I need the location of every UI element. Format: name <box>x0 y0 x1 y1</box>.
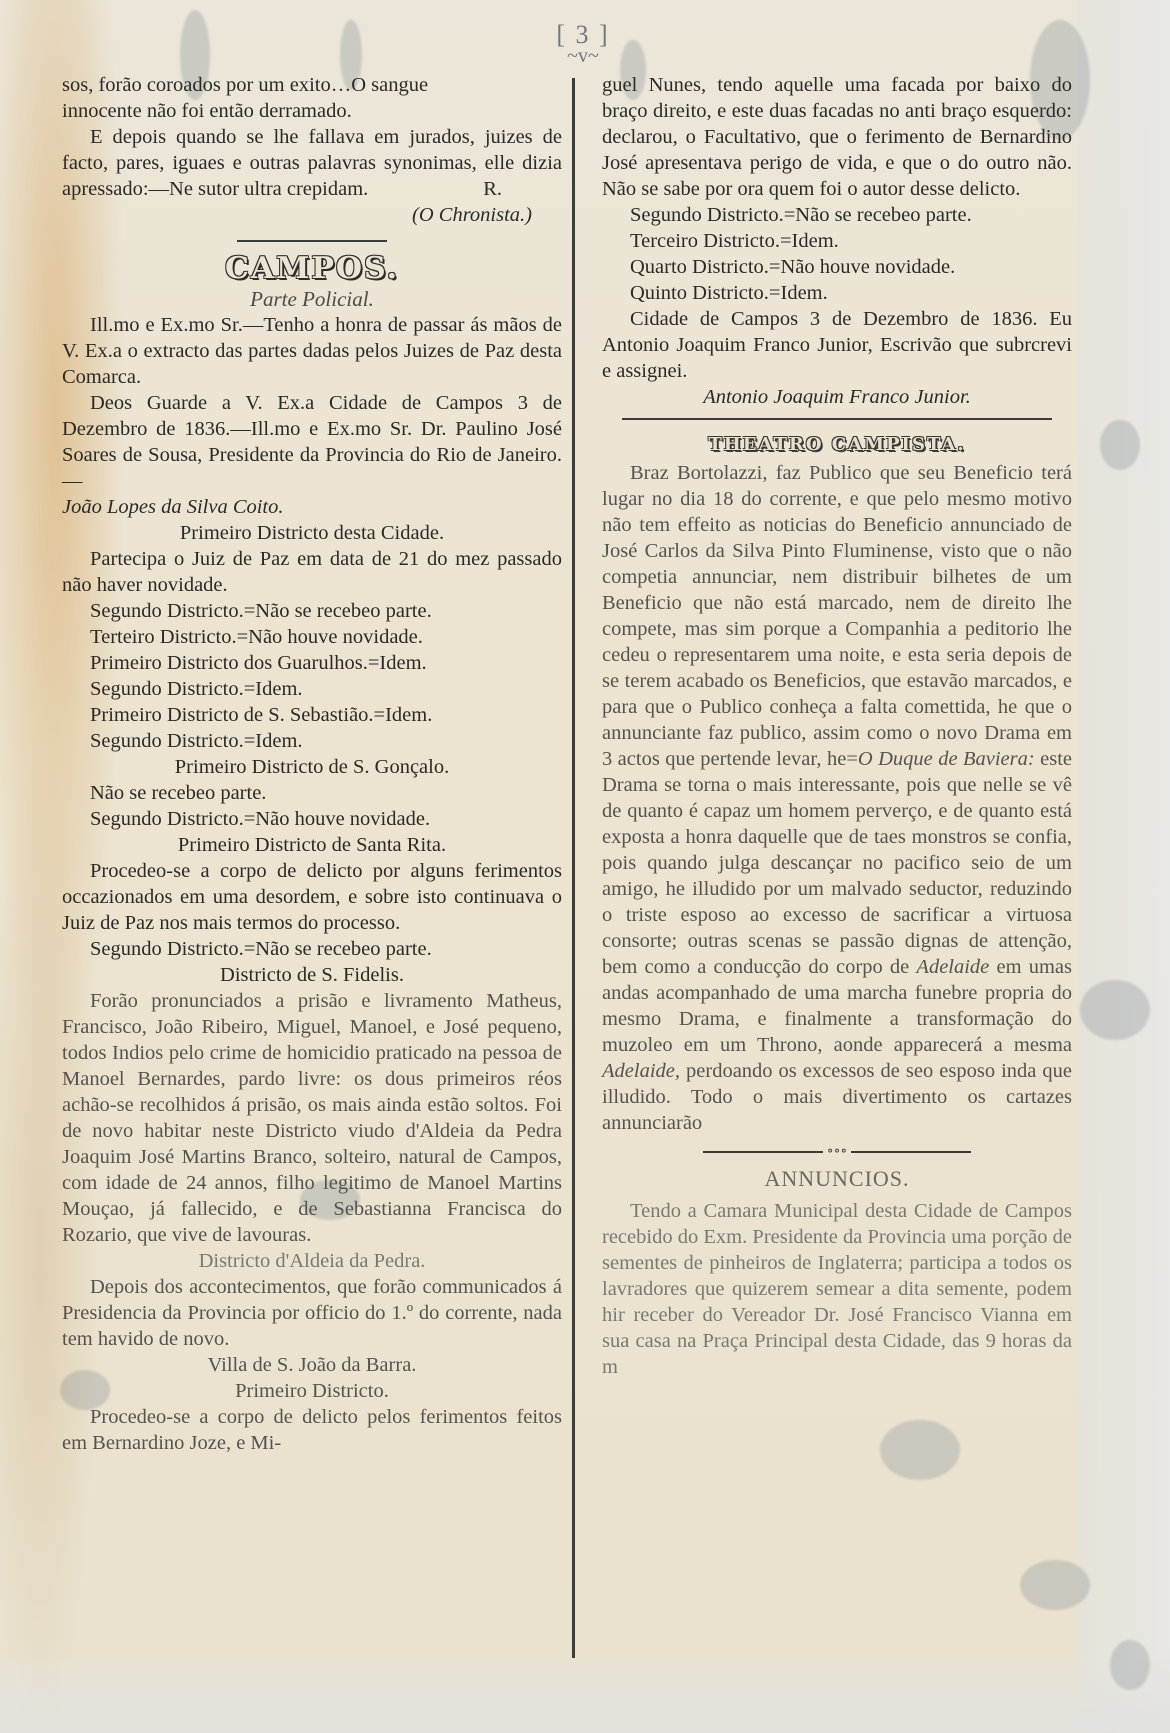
page-margin-right <box>1078 0 1170 1733</box>
article-signature: R. <box>455 176 502 202</box>
district-report: Quarto Districto.=Não houve novidade. <box>602 254 1072 280</box>
report-signature: Antonio Joaquim Franco Junior. <box>602 384 1072 410</box>
district-report: Forão pronunciados a prisão e livramento… <box>62 988 562 1248</box>
page-ornament-icon: ~v~ <box>548 50 618 62</box>
play-title: O Duque de Baviera: <box>858 748 1035 770</box>
district-heading: Districto d'Aldeia da Pedra. <box>62 1248 562 1274</box>
continuation-line: sos, forão coroados por um exito…O sangu… <box>62 72 562 98</box>
report-intro: Ill.mo e Ex.mo Sr.—Tenho a honra de pass… <box>62 312 562 390</box>
section-divider <box>622 418 1052 420</box>
district-report: Não se recebeo parte. <box>62 780 562 806</box>
right-column: guel Nunes, tendo aquelle uma facada por… <box>602 72 1072 1380</box>
article-source: (O Chronista.) <box>62 202 532 228</box>
district-report: Terteiro Districto.=Não houve novidade. <box>62 624 562 650</box>
report-greeting: Deos Guarde a V. Ex.a Cidade de Campos 3… <box>62 390 562 494</box>
district-report: Segundo Districto.=Idem. <box>62 728 562 754</box>
section-divider <box>237 240 387 242</box>
district-report: Segundo Districto.=Não se recebeo parte. <box>602 202 1072 228</box>
continuation-paragraph: guel Nunes, tendo aquelle uma facada por… <box>602 72 1072 202</box>
article-paragraph: E depois quando se lhe fallava em jurado… <box>62 124 562 202</box>
district-report: Procedeo-se a corpo de delicto pelos fer… <box>62 1404 562 1456</box>
district-report: Primeiro Districto de S. Sebastião.=Idem… <box>62 702 562 728</box>
section-title-campos: CAMPOS. <box>62 252 562 286</box>
stain-decoration <box>1110 1640 1150 1690</box>
report-closing: Cidade de Campos 3 de Dezembro de 1836. … <box>602 306 1072 384</box>
character-name: Adelaide <box>916 956 989 978</box>
district-report: Segundo Districto.=Não houve novidade. <box>62 806 562 832</box>
district-report: Terceiro Districto.=Idem. <box>602 228 1072 254</box>
left-column: sos, forão coroados por um exito…O sangu… <box>62 72 562 1456</box>
district-report: Quinto Districto.=Idem. <box>602 280 1072 306</box>
district-report: Segundo Districto.=Não se recebeo parte. <box>62 936 562 962</box>
section-title-annuncios: ANNUNCIOS. <box>602 1166 1072 1192</box>
district-report: Depois dos accontecimentos, que forão co… <box>62 1274 562 1352</box>
report-signed-by: João Lopes da Silva Coito. <box>62 494 562 520</box>
section-title-theatro: THEATRO CAMPISTA. <box>602 430 1072 460</box>
district-report: Segundo Districto.=Idem. <box>62 676 562 702</box>
stain-decoration <box>1080 980 1150 1040</box>
district-heading: Primeiro Districto desta Cidade. <box>62 520 562 546</box>
district-heading: Primeiro Districto. <box>62 1378 562 1404</box>
district-report: Segundo Districto.=Não se recebeo parte. <box>62 598 562 624</box>
district-heading: Villa de S. João da Barra. <box>62 1352 562 1378</box>
announcement-paragraph: Tendo a Camara Municipal desta Cidade de… <box>602 1198 1072 1380</box>
district-heading: Districto de S. Fidelis. <box>62 962 562 988</box>
district-heading: Primeiro Districto de Santa Rita. <box>62 832 562 858</box>
character-name: Adelaide, <box>602 1060 680 1082</box>
ornamental-divider: ∘∘∘ <box>602 1144 1072 1160</box>
section-subtitle: Parte Policial. <box>62 286 562 312</box>
stain-decoration <box>1100 420 1140 470</box>
theatre-announcement: Braz Bortolazzi, faz Publico que seu Ben… <box>602 460 1072 1136</box>
district-report: Primeiro Districto dos Guarulhos.=Idem. <box>62 650 562 676</box>
stain-decoration <box>880 1420 960 1480</box>
district-heading: Primeiro Districto de S. Gonçalo. <box>62 754 562 780</box>
column-divider <box>572 78 575 1658</box>
district-report: Procedeo-se a corpo de delicto por algun… <box>62 858 562 936</box>
continuation-line: innocente não foi então derramado. <box>62 98 562 124</box>
page-margin-bottom <box>0 1660 1170 1733</box>
stain-decoration <box>1020 1560 1090 1610</box>
district-report: Partecipa o Juiz de Paz em data de 21 do… <box>62 546 562 598</box>
